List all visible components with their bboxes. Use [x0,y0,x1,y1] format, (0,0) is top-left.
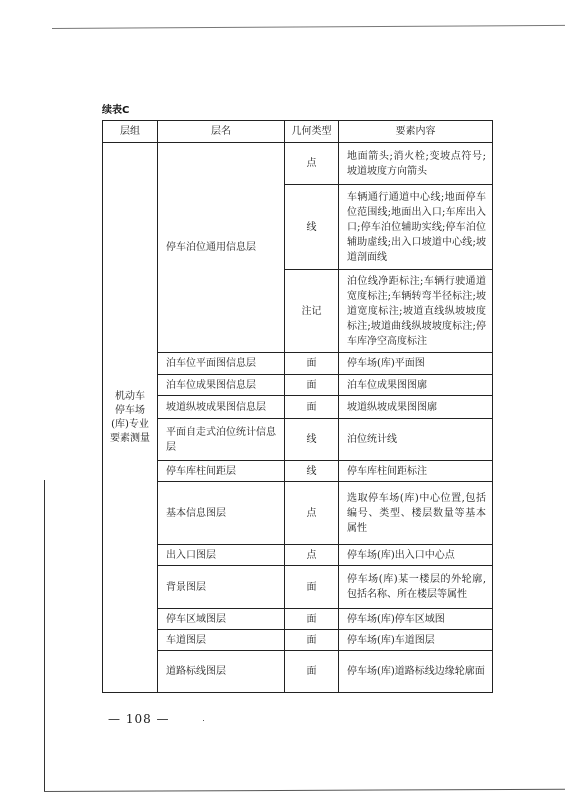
table-caption: 续表C [102,101,129,116]
element-content-cell: 泊车位成果图图廓 [339,375,493,396]
top-scan-edge-line [52,25,565,29]
layer-name-cell: 平面自走式泊位统计信息层 [158,419,285,461]
geometry-type-cell: 面 [285,609,339,630]
layer-name-cell: 泊车位平面图信息层 [158,353,285,375]
geometry-type-cell: 面 [285,651,339,693]
element-content-cell: 选取停车场(库)中心位置,包括编号、类型、楼层数量等基本属性 [339,482,493,545]
table-row: 停车区域图层 面 停车场(库)停车区域图 [103,609,493,630]
element-content-cell: 停车场(库)道路标线边缘轮廓面 [339,651,493,693]
table-row: 泊车位成果图信息层 面 泊车位成果图图廓 [103,375,493,396]
header-geometry-type: 几何类型 [285,121,339,143]
geometry-type-cell: 面 [285,396,339,419]
element-content-cell: 地面箭头;消火栓;变坡点符号;坡道坡度方向箭头 [339,143,493,185]
layer-name-cell: 基本信息图层 [158,482,285,545]
table-row: 泊车位平面图信息层 面 停车场(库)平面图 [103,353,493,375]
layer-name-cell: 车道图层 [158,630,285,651]
geometry-type-cell: 线 [285,185,339,270]
layer-name-cell: 道路标线图层 [158,651,285,693]
table-row: 平面自走式泊位统计信息层 线 泊位统计线 [103,419,493,461]
layer-name-cell: 坡道纵坡成果图信息层 [158,396,285,419]
group-line: 停车场 [107,404,153,418]
layer-name-cell: 背景图层 [158,566,285,609]
geometry-type-cell: 注记 [285,270,339,353]
geometry-type-cell: 面 [285,630,339,651]
layer-name-cell: 停车库柱间距层 [158,461,285,482]
table-header-row: 层组 层名 几何类型 要素内容 [103,121,493,143]
element-content-cell: 停车库柱间距标注 [339,461,493,482]
element-content-cell: 泊位线净距标注;车辆行驶通道宽度标注;车辆转弯半径标注;坡道宽度标注;坡道直线纵… [339,270,493,353]
geometry-type-cell: 面 [285,566,339,609]
layer-table: 层组 层名 几何类型 要素内容 机动车 停车场 (库)专业 要素测量 停车泊位通… [102,120,493,693]
geometry-type-cell: 线 [285,419,339,461]
header-layer-name: 层名 [158,121,285,143]
scan-speck [203,720,204,721]
geometry-type-cell: 点 [285,545,339,566]
layer-name-cell: 停车泊位通用信息层 [158,143,285,353]
table-row: 机动车 停车场 (库)专业 要素测量 停车泊位通用信息层 点 地面箭头;消火栓;… [103,143,493,185]
geometry-type-cell: 线 [285,461,339,482]
element-content-cell: 停车场(库)停车区域图 [339,609,493,630]
left-scan-edge-line [44,480,45,791]
geometry-type-cell: 点 [285,143,339,185]
group-line: 要素测量 [107,432,153,446]
header-layer-group: 层组 [103,121,158,143]
geometry-type-cell: 点 [285,482,339,545]
geometry-type-cell: 面 [285,375,339,396]
geometry-type-cell: 面 [285,353,339,375]
table-row: 车道图层 面 停车场(库)车道图层 [103,630,493,651]
element-content-cell: 停车场(库)某一楼层的外轮廓,包括名称、所在楼层等属性 [339,566,493,609]
element-content-cell: 坡道纵坡成果图图廓 [339,396,493,419]
table-row: 坡道纵坡成果图信息层 面 坡道纵坡成果图图廓 [103,396,493,419]
layer-name-cell: 出入口图层 [158,545,285,566]
page-number: — 108 — [108,712,170,726]
group-line: (库)专业 [107,418,153,432]
element-content-cell: 停车场(库)平面图 [339,353,493,375]
layer-name-cell: 停车区域图层 [158,609,285,630]
table-row: 背景图层 面 停车场(库)某一楼层的外轮廓,包括名称、所在楼层等属性 [103,566,493,609]
bottom-scan-edge-line [44,789,565,792]
header-element-content: 要素内容 [339,121,493,143]
element-content-cell: 停车场(库)车道图层 [339,630,493,651]
element-content-cell: 泊位统计线 [339,419,493,461]
layer-group-cell: 机动车 停车场 (库)专业 要素测量 [103,143,158,693]
table-row: 出入口图层 点 停车场(库)出入口中心点 [103,545,493,566]
table-row: 道路标线图层 面 停车场(库)道路标线边缘轮廓面 [103,651,493,693]
layer-name-cell: 泊车位成果图信息层 [158,375,285,396]
table-row: 基本信息图层 点 选取停车场(库)中心位置,包括编号、类型、楼层数量等基本属性 [103,482,493,545]
group-line: 机动车 [107,390,153,404]
element-content-cell: 车辆通行通道中心线;地面停车位范围线;地面出入口;车库出入口;停车泊位辅助实线;… [339,185,493,270]
table-row: 停车库柱间距层 线 停车库柱间距标注 [103,461,493,482]
element-content-cell: 停车场(库)出入口中心点 [339,545,493,566]
